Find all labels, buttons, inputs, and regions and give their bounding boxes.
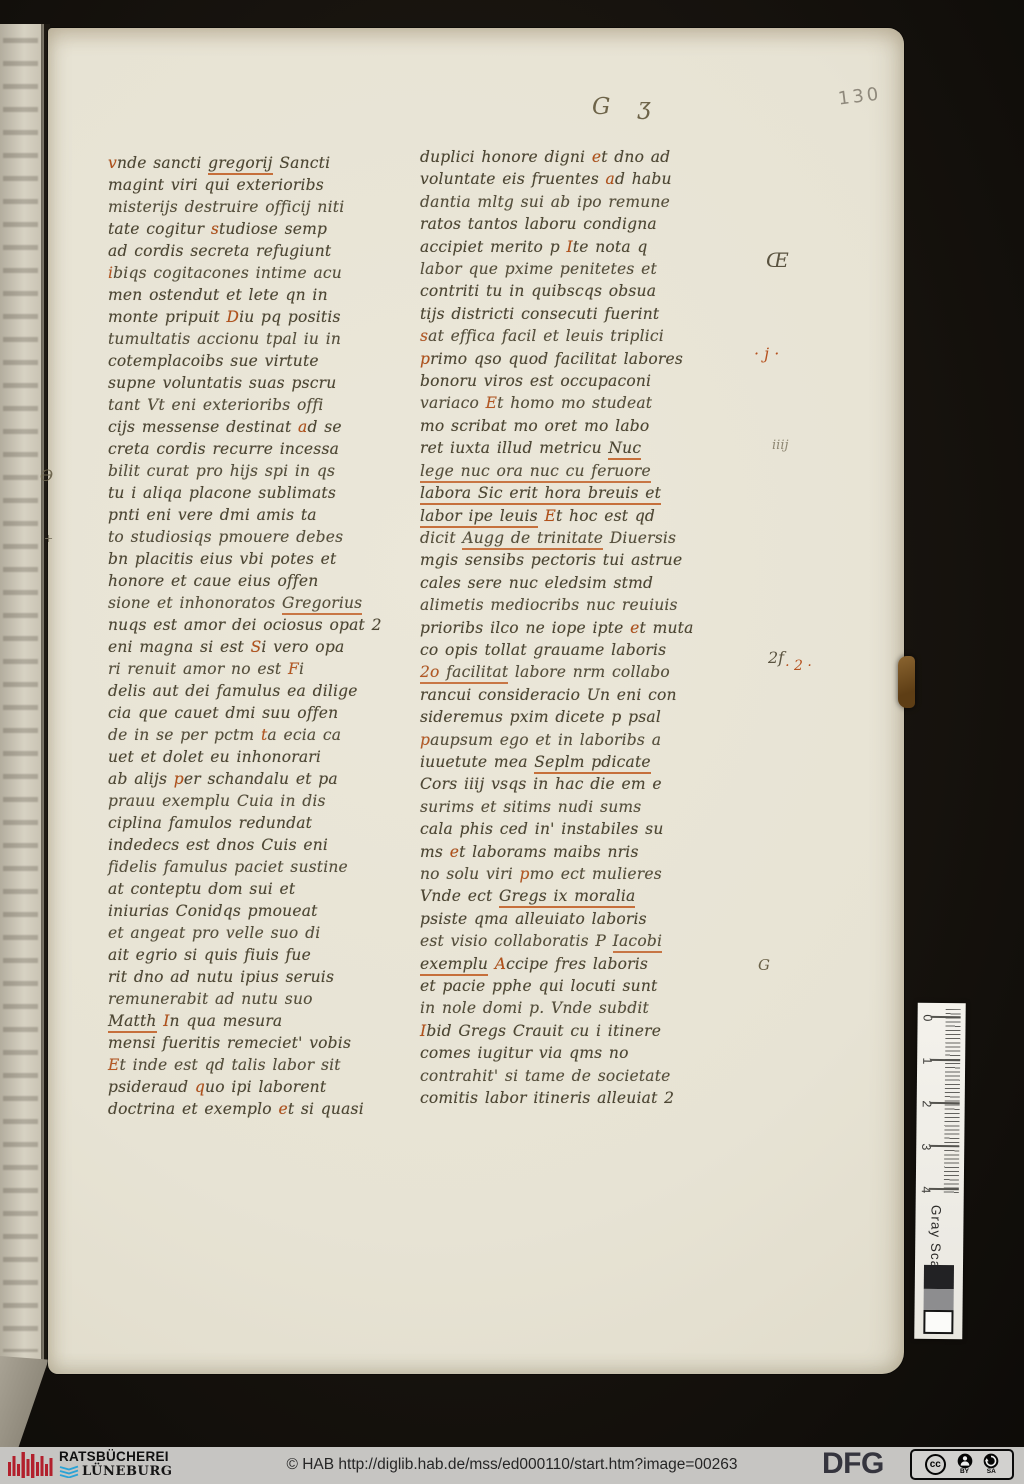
- manuscript-line: duplici honore digni et dno ad: [420, 146, 728, 168]
- manuscript-line: tijs districti consecuti fuerint: [420, 303, 728, 325]
- manuscript-line: remunerabit ad nutu suo: [108, 988, 408, 1010]
- manuscript-line: doctrina et exemplo et si quasi: [108, 1098, 408, 1120]
- manuscript-line: dicit Augg de trinitate Diuersis: [420, 527, 728, 549]
- manuscript-line: contriti tu in quibscqs obsua: [420, 280, 728, 302]
- manuscript-line: psiste qma alleuiato laboris: [420, 908, 728, 930]
- manuscript-line: ab alijs per schandalu et pa: [108, 768, 408, 790]
- manuscript-line: ratos tantos laboru condigna: [420, 213, 728, 235]
- manuscript-line: 2o facilitat labore nrm collabo: [420, 661, 728, 683]
- manuscript-line: pnti eni vere dmi amis ta: [108, 504, 408, 526]
- manuscript-line: cales sere nuc eledsim stmd: [420, 572, 728, 594]
- manuscript-line: comitis labor itineris alleuiat 2: [420, 1087, 728, 1109]
- cc-sa-icon: [983, 1453, 999, 1469]
- manuscript-line: eni magna si est Si vero opa: [108, 636, 408, 658]
- manuscript-line: ad cordis secreta refugiunt: [108, 240, 408, 262]
- previous-page-edge: [0, 24, 44, 1368]
- manuscript-line: psideraud quo ipi laborent: [108, 1076, 408, 1098]
- manuscript-line: voluntate eis fruentes ad habu: [420, 168, 728, 190]
- manuscript-line: ret iuxta illud metricu Nuc: [420, 437, 728, 459]
- manuscript-line: est visio collaboratis P Iacobi: [420, 930, 728, 952]
- manuscript-line: ibiqs cogitacones intime acu: [108, 262, 408, 284]
- manuscript-line: accipiet merito p Ite nota q: [420, 236, 728, 258]
- digitized-manuscript-photo: { "page_number": "130", "quire_mark": "G…: [0, 0, 1024, 1484]
- manuscript-line: ri renuit amor no est Fi: [108, 658, 408, 680]
- manuscript-line: to studiosiqs pmouere debes: [108, 526, 408, 548]
- ruler-long-tick: [931, 1016, 961, 1018]
- manuscript-line: mo scribat mo oret mo labo: [420, 415, 728, 437]
- manuscript-line: cijs messense destinat ad se: [108, 416, 408, 438]
- manuscript-line: sideremus pxim dicete p psal: [420, 706, 728, 728]
- manuscript-line: Cors iiij vsqs in hac die em e: [420, 773, 728, 795]
- margin-note-folio: 2f· 2 ·: [768, 648, 811, 667]
- manuscript-line: primo qso quod facilitat labores: [420, 348, 728, 370]
- manuscript-line: tumultatis accionu tpal iu in: [108, 328, 408, 350]
- manuscript-line: de in se per pctm ta ecia ca: [108, 724, 408, 746]
- cc-license-badge: cc BY SA: [910, 1449, 1014, 1480]
- manuscript-line: iniurias Conidqs pmoueat: [108, 900, 408, 922]
- manuscript-line: misterijs destruire officij niti: [108, 196, 408, 218]
- manuscript-line: Matth In qua mesura: [108, 1010, 408, 1032]
- manuscript-line: at conteptu dom sui et: [108, 878, 408, 900]
- manuscript-page: G ʒ 130 vnde sancti gregorij Sanctimagin…: [48, 28, 904, 1374]
- library-city: LÜNEBURG: [82, 1464, 173, 1479]
- ruler-long-tick: [930, 1059, 960, 1061]
- manuscript-line: creta cordis recurre incessa: [108, 438, 408, 460]
- manuscript-line: contrahit' si tame de societate: [420, 1065, 728, 1087]
- manuscript-line: variaco Et homo mo studeat: [420, 392, 728, 414]
- manuscript-line: prauu exemplu Cuia in dis: [108, 790, 408, 812]
- margin-note-left-d: Ə: [40, 466, 53, 485]
- manuscript-line: men ostendut et lete qn in: [108, 284, 408, 306]
- manuscript-line: cia que cauet dmi suu offen: [108, 702, 408, 724]
- manuscript-line: paupsum ego et in laboribs a: [420, 729, 728, 751]
- manuscript-line: cala phis ced in' instabiles su: [420, 818, 728, 840]
- cc-sa-label: SA: [987, 1469, 996, 1476]
- swatch-gray: [924, 1289, 954, 1310]
- manuscript-line: labor que pxime penitetes et: [420, 258, 728, 280]
- manuscript-line: Et inde est qd talis labor sit: [108, 1054, 408, 1076]
- ruler-long-tick: [930, 1102, 960, 1104]
- cc-by-label: BY: [960, 1469, 969, 1476]
- library-logo-text: RATSBÜCHEREI LÜNEBURG: [59, 1449, 173, 1479]
- library-name: RATSBÜCHEREI: [59, 1449, 173, 1464]
- manuscript-line: comes iugitur via qms no: [420, 1042, 728, 1064]
- manuscript-line: tate cogitur studiose semp: [108, 218, 408, 240]
- manuscript-line: Vnde ect Gregs ix moralia: [420, 885, 728, 907]
- waves-icon: [59, 1465, 79, 1478]
- manuscript-line: rancui consideracio Un eni con: [420, 684, 728, 706]
- text-column-left: vnde sancti gregorij Sanctimagint viri q…: [108, 152, 408, 1120]
- cc-sa-group: SA: [983, 1453, 999, 1476]
- manuscript-line: honore et caue eius offen: [108, 570, 408, 592]
- manuscript-line: et angeat pro velle suo di: [108, 922, 408, 944]
- credit-text: © HAB http://diglib.hab.de/mss/ed000110/…: [286, 1456, 737, 1474]
- manuscript-line: exemplu Accipe fres laboris: [420, 953, 728, 975]
- margin-note-red-j: · j ·: [754, 344, 779, 363]
- manuscript-line: supne voluntatis suas pscru: [108, 372, 408, 394]
- margin-note-top-right: Œ: [766, 248, 789, 272]
- manuscript-line: monte pripuit Diu pq positis: [108, 306, 408, 328]
- manuscript-line: rit dno ad nutu ipius seruis: [108, 966, 408, 988]
- manuscript-line: cotemplacoibs sue virtute: [108, 350, 408, 372]
- manuscript-line: labor ipe leuis Et hoc est qd: [420, 505, 728, 527]
- manuscript-line: dantia mltg sui ab ipo remune: [420, 191, 728, 213]
- manuscript-line: tu i aliqa placone sublimats: [108, 482, 408, 504]
- manuscript-line: prioribs ilco ne iope ipte et muta: [420, 617, 728, 639]
- quire-mark: G ʒ: [592, 94, 661, 120]
- manuscript-line: bilit curat pro hijs spi in qs: [108, 460, 408, 482]
- manuscript-line: delis aut dei famulus ea dilige: [108, 680, 408, 702]
- margin-note-bottom-g: G: [758, 956, 770, 974]
- calibration-strip: 01234 Gray Scale: [914, 1003, 966, 1339]
- text-column-right: duplici honore digni et dno advoluntate …: [420, 146, 728, 1109]
- manuscript-line: bn placitis eius vbi potes et: [108, 548, 408, 570]
- swatch-white: [923, 1310, 953, 1334]
- cc-by-icon: [957, 1453, 973, 1469]
- manuscript-line: nuqs est amor dei ociosus opat 2: [108, 614, 408, 636]
- manuscript-line: alimetis mediocribs nuc reuiuis: [420, 594, 728, 616]
- manuscript-line: mgis sensibs pectoris tui astrue: [420, 549, 728, 571]
- manuscript-line: iuuetute mea Seplm pdicate: [420, 751, 728, 773]
- manuscript-line: tant Vt eni exterioribs offi: [108, 394, 408, 416]
- manuscript-line: fidelis famulus paciet sustine: [108, 856, 408, 878]
- dfg-logo: DFG: [822, 1447, 884, 1481]
- manuscript-line: vnde sancti gregorij Sancti: [108, 152, 408, 174]
- manuscript-line: bonoru viros est occupaconi: [420, 370, 728, 392]
- manuscript-line: sat effica facil et leuis triplici: [420, 325, 728, 347]
- margin-note-iiij: iiij: [772, 438, 789, 453]
- manuscript-line: Ibid Gregs Crauit cu i itinere: [420, 1020, 728, 1042]
- manuscript-line: no solu viri pmo ect mulieres: [420, 863, 728, 885]
- manuscript-line: labora Sic erit hora breuis et: [420, 482, 728, 504]
- swatch-black: [924, 1265, 954, 1289]
- manuscript-line: co opis tollat grauame laboris: [420, 639, 728, 661]
- manuscript-line: magint viri qui exterioribs: [108, 174, 408, 196]
- library-bars-icon: [7, 1450, 55, 1481]
- page-number: 130: [837, 83, 883, 109]
- manuscript-line: mensi fueritis remeciet' vobis: [108, 1032, 408, 1054]
- manuscript-line: surims et sitims nudi sums: [420, 796, 728, 818]
- cc-icon: cc: [925, 1454, 946, 1475]
- manuscript-line: indedecs est dnos Cuis eni: [108, 834, 408, 856]
- manuscript-line: et pacie pphe qui locuti sunt: [420, 975, 728, 997]
- ghost-text-showthrough: [3, 38, 38, 1352]
- margin-folio-number: · 2 ·: [785, 658, 812, 674]
- margin-note-left-cross: +: [44, 532, 53, 545]
- footer-bar: RATSBÜCHEREI LÜNEBURG © HAB http://digli…: [0, 1447, 1024, 1484]
- manuscript-line: ait egrio si quis fiuis fue: [108, 944, 408, 966]
- manuscript-line: in nole domi p. Vnde subdit: [420, 997, 728, 1019]
- ruler-long-tick: [929, 1145, 959, 1147]
- leather-bookmark-tab: [898, 656, 915, 708]
- manuscript-line: sione et inhonoratos Gregorius: [108, 592, 408, 614]
- ruler-scale: 01234: [918, 1003, 966, 1004]
- cc-by-group: BY: [957, 1453, 973, 1476]
- ruler-long-tick: [929, 1188, 959, 1190]
- margin-folio-mark: 2f: [768, 648, 784, 667]
- grayscale-swatches: [923, 1265, 954, 1334]
- manuscript-line: ms et laborams maibs nris: [420, 841, 728, 863]
- manuscript-line: ciplina famulos redundat: [108, 812, 408, 834]
- manuscript-line: lege nuc ora nuc cu feruore: [420, 460, 728, 482]
- manuscript-line: uet et dolet eu inhonorari: [108, 746, 408, 768]
